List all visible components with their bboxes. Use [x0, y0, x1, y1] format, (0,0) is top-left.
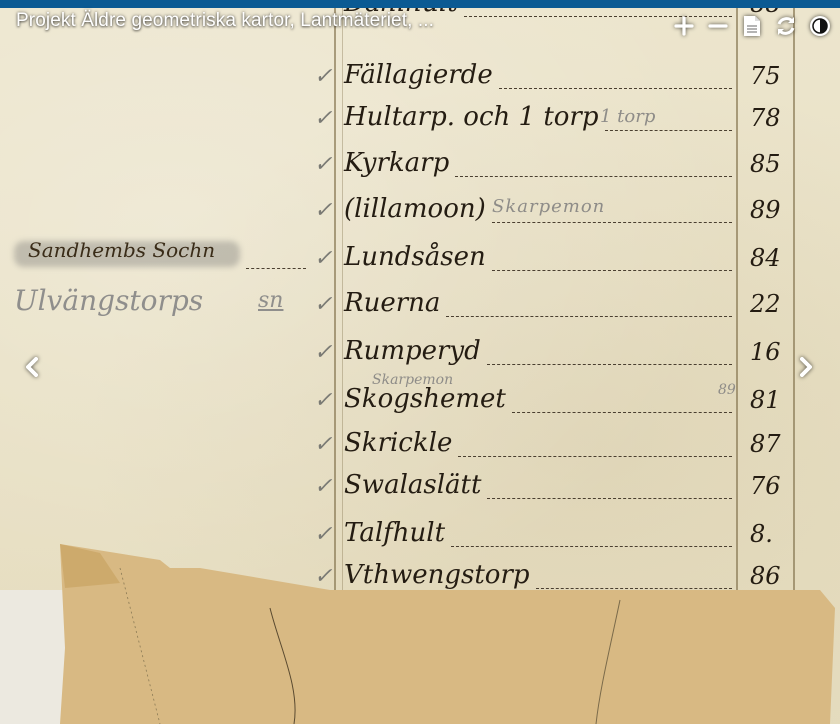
checkmark-icon: ✓ [314, 198, 332, 223]
next-page-button[interactable] [794, 352, 818, 382]
leader-dots [487, 364, 732, 365]
pencil-side-number: 89 [718, 382, 736, 398]
entry-number: 87 [750, 430, 781, 458]
checkmark-icon: ✓ [314, 106, 332, 131]
top-accent-bar [0, 0, 840, 8]
entry-name: Swalaslätt [344, 470, 481, 500]
ledger-row: ✓Lundsåsen84 [300, 240, 820, 284]
parish-name-ink: Sandhembs Sochn [28, 238, 215, 262]
entry-name: Hultarp. och 1 torp [344, 102, 599, 132]
parish-leader [246, 268, 306, 269]
leader-dots [605, 130, 732, 131]
checkmark-icon: ✓ [314, 564, 332, 589]
ledger-row: ✓Skogshemet81 [300, 382, 820, 426]
chevron-left-icon [24, 356, 40, 378]
leader-dots [499, 88, 732, 89]
ledger-row: ✓Kyrkarp85 [300, 146, 820, 190]
chevron-right-icon [798, 356, 814, 378]
entry-name: Fällagierde [344, 60, 493, 90]
ledger-row: ✓Swalaslätt76 [300, 468, 820, 512]
pencil-note-skarpemon: Skarpemon [492, 196, 605, 217]
ledger-row: ✓Talfhult8. [300, 516, 820, 560]
entry-number: 85 [750, 150, 781, 178]
checkmark-icon: ✓ [314, 64, 332, 89]
ledger-row: ✓Hultarp. och 1 torp78 [300, 100, 820, 144]
zoom-in-button[interactable] [670, 12, 698, 40]
entry-number: 75 [750, 62, 781, 90]
document-icon [743, 15, 761, 37]
leader-dots [512, 412, 732, 413]
checkmark-icon: ✓ [314, 152, 332, 177]
ledger-row: ✓Vthwengstorp86 [300, 558, 820, 602]
previous-page-button[interactable] [20, 352, 44, 382]
checkmark-icon: ✓ [314, 388, 332, 413]
entry-number: 78 [750, 104, 781, 132]
entry-number: 22 [750, 290, 781, 318]
zoom-out-button[interactable] [704, 12, 732, 40]
leader-dots [446, 316, 732, 317]
entry-number: 16 [750, 338, 781, 366]
minus-icon [708, 16, 728, 36]
entry-number: 84 [750, 244, 781, 272]
leader-dots [451, 546, 732, 547]
rotate-button[interactable] [772, 12, 800, 40]
entry-name: Skrickle [344, 428, 452, 458]
checkmark-icon: ✓ [314, 246, 332, 271]
parish-name-pencil: Ulvängstorps [14, 284, 203, 317]
ledger-row: ✓Skrickle87 [300, 426, 820, 470]
entry-name: Skogshemet [344, 384, 506, 414]
entry-number: 76 [750, 472, 781, 500]
checkmark-icon: ✓ [314, 292, 332, 317]
entry-name: Ruerna [344, 288, 440, 318]
checkmark-icon: ✓ [314, 474, 332, 499]
pencil-note-skarpemon-2: Skarpemon [372, 372, 453, 388]
pencil-note-torp: 1 torp [600, 106, 655, 127]
leader-dots [536, 588, 732, 589]
checkmark-icon: ✓ [314, 522, 332, 547]
entry-name: Rumperyd [344, 336, 481, 366]
entry-name: Talfhult [344, 518, 445, 548]
contrast-button[interactable] [806, 12, 834, 40]
entry-number: 89 [750, 196, 781, 224]
plus-icon [674, 16, 694, 36]
leader-dots [455, 176, 732, 177]
entry-number: 86 [750, 562, 781, 590]
info-button[interactable] [738, 12, 766, 40]
entry-name: (lillamoon) [344, 194, 486, 224]
entry-number: 8. [750, 520, 773, 548]
entry-name: Vthwengstorp [344, 560, 530, 590]
leader-dots [492, 270, 732, 271]
viewer-toolbar [670, 12, 834, 40]
checkmark-icon: ✓ [314, 432, 332, 457]
page-title: Projekt Äldre geometriska kartor, Lantmä… [16, 10, 434, 32]
entry-number: 81 [750, 386, 781, 414]
leader-dots [458, 456, 732, 457]
contrast-icon [808, 14, 832, 38]
rotate-icon [774, 14, 798, 38]
ledger-row: ✓Fällagierde75 [300, 58, 820, 102]
entry-name: Lundsåsen [344, 242, 486, 272]
ledger-row: ✓Ruerna22 [300, 286, 820, 330]
image-viewer[interactable]: Dahlhult 88 ✓Fällagierde75✓Hultarp. och … [0, 8, 840, 724]
leader-dots [492, 222, 732, 223]
entry-name: Kyrkarp [344, 148, 449, 178]
parish-suffix-pencil: sn [258, 288, 283, 313]
leader-dots [487, 498, 732, 499]
checkmark-icon: ✓ [314, 340, 332, 365]
